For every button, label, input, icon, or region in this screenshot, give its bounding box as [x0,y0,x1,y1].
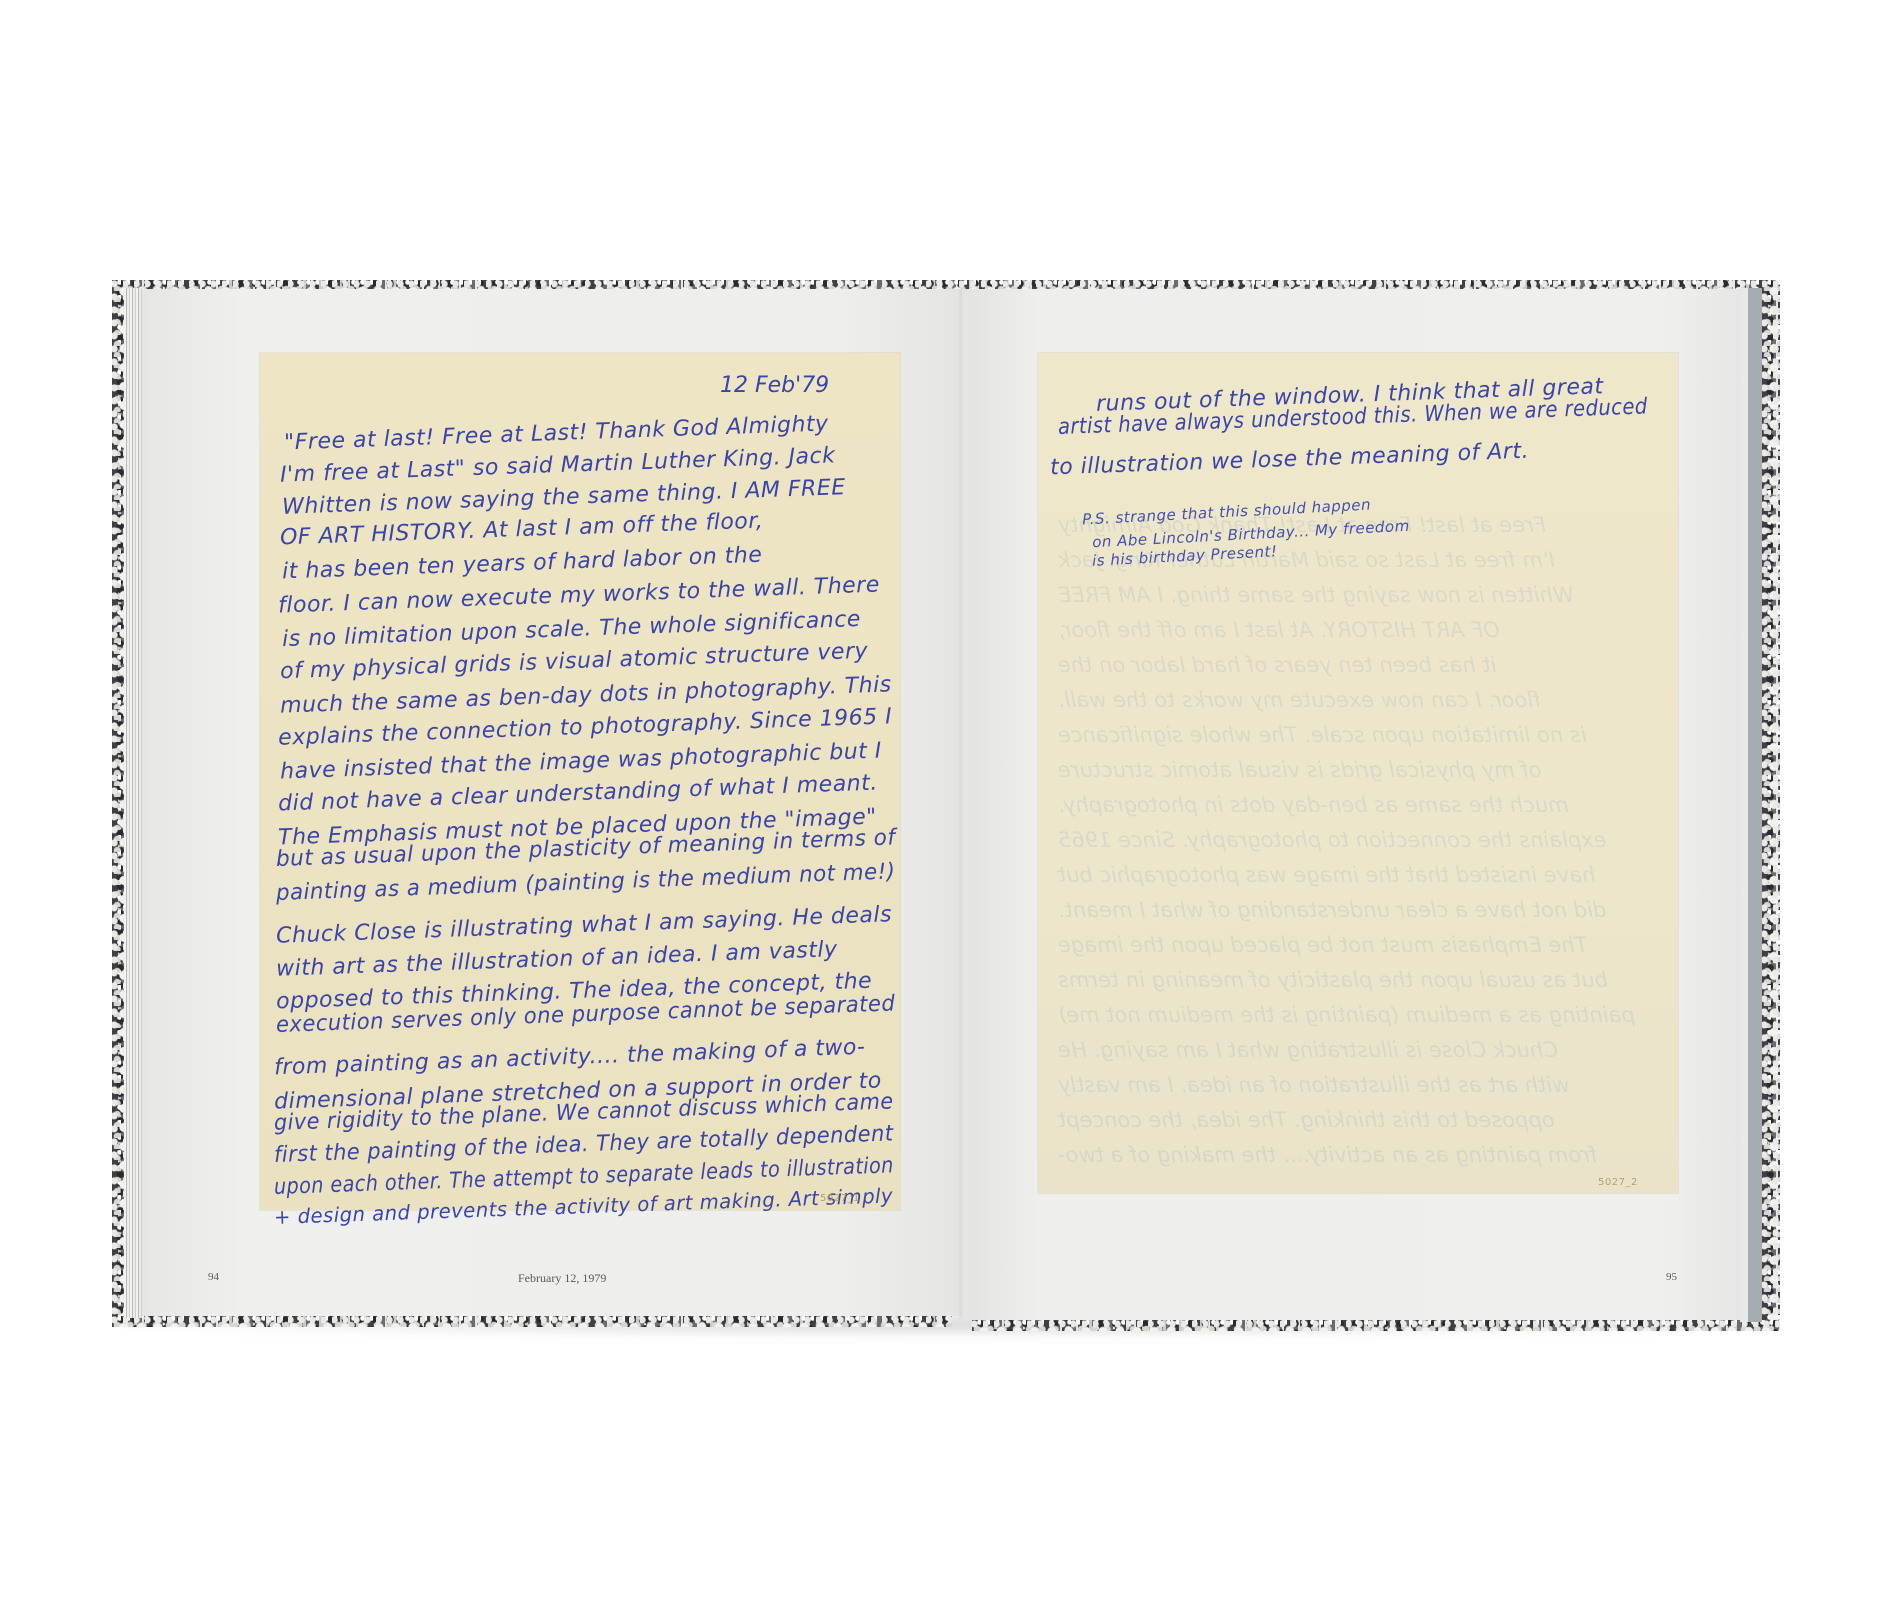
running-footer: February 12, 1979 [518,1271,606,1286]
bleed-through-text: Chuck Close is illustrating what I am sa… [1058,1038,1558,1062]
archive-number: 5027_1 [820,1193,860,1204]
bleed-through-text: floor. I can now execute my works to the… [1058,688,1541,712]
bleed-through-text: much the same as ben-day dots in photogr… [1058,793,1569,817]
bleed-through-text: The Emphasis must not be placed upon the… [1058,933,1588,957]
bleed-through-text: did not have a clear understanding of wh… [1058,898,1606,922]
letter-date: 12 Feb'79 [720,373,829,398]
bleed-through-text: but as usual upon the plasticity of mean… [1058,968,1608,992]
bleed-through-text: OF ART HISTORY. At last I am off the flo… [1058,618,1500,642]
letter-sheet-2: Free at last! Free at Last! Thank God Al… [1038,353,1678,1193]
cover-bottom-edge-left [112,1316,952,1327]
page-block-left [124,288,144,1318]
cover-top-edge [112,280,1780,289]
cover-bottom-edge-right [972,1320,1780,1331]
bleed-through-text: opposed to this thinking. The idea, the … [1058,1108,1555,1132]
cover-right-edge [1762,280,1780,1330]
bleed-through-text: Whitten is now saying the same thing. I … [1058,583,1574,607]
page-block-right [1740,288,1762,1322]
right-page: Free at last! Free at Last! Thank God Al… [962,289,1742,1320]
bleed-through-text: it has been ten years of hard labor on t… [1058,653,1497,677]
bleed-through-text: with art as the illustration of an idea.… [1058,1073,1569,1097]
bleed-through-text: have insisted that the image was photogr… [1058,863,1595,887]
open-book: 12 Feb'79 "Free at last! Free at Last! T… [112,280,1780,1325]
bleed-through-text: explains the connection to photography. … [1058,828,1607,852]
bleed-through-text: from painting as an activity.... the mak… [1058,1143,1597,1167]
page-number-left: 94 [208,1271,219,1283]
letter-sheet-1: 12 Feb'79 "Free at last! Free at Last! T… [260,353,900,1210]
left-page: 12 Feb'79 "Free at last! Free at Last! T… [142,289,962,1316]
bleed-through-text: of my physical grids is visual atomic st… [1058,758,1542,782]
bleed-through-text: painting as a medium (painting is the me… [1058,1003,1635,1027]
letter-line: to illustration we lose the meaning of A… [1050,439,1530,481]
page-number-right: 95 [1666,1271,1677,1283]
bleed-through-text: is no limitation upon scale. The whole s… [1058,723,1587,747]
archive-number: 5027_2 [1598,1177,1638,1188]
